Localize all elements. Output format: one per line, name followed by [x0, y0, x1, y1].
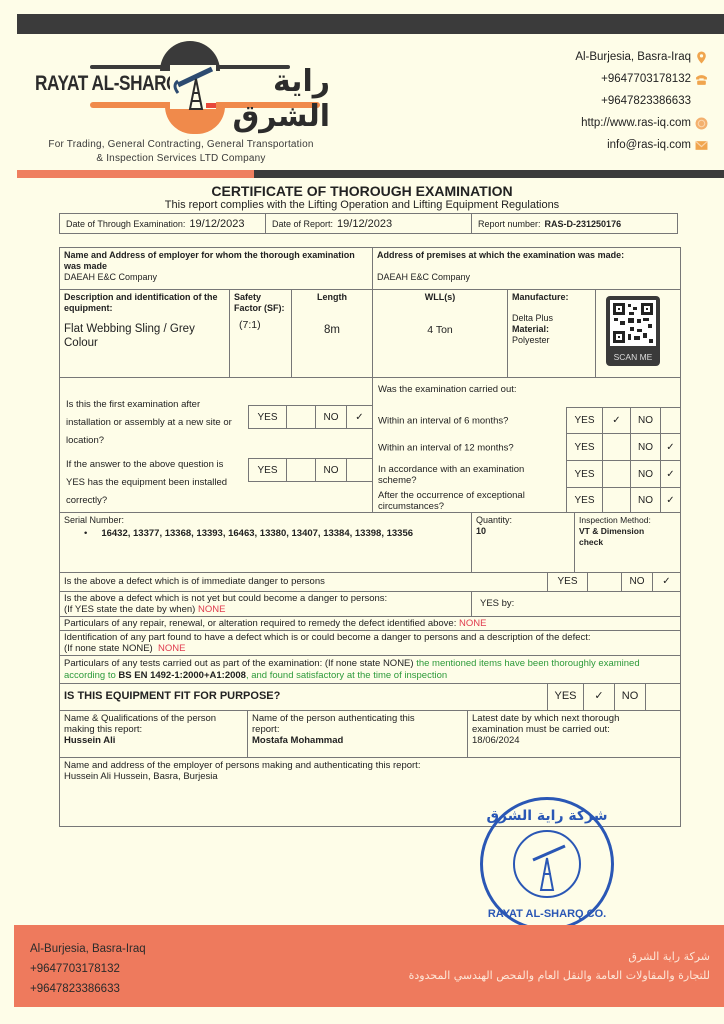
separator-dark — [254, 170, 724, 178]
company-name-en: RAYAT AL-SHARQ — [35, 72, 179, 96]
no-label: NO — [622, 572, 653, 591]
next-exam-value: 18/06/2024 — [472, 735, 676, 746]
qr-code-icon — [610, 300, 656, 346]
report-date-value: 19/12/2023 — [337, 218, 392, 230]
yes-label: YES — [548, 683, 584, 710]
phone-2-text: +9647823386633 — [601, 92, 691, 110]
tagline-line-1: For Trading, General Contracting, Genera… — [36, 138, 326, 152]
company-tagline: For Trading, General Contracting, Genera… — [36, 138, 326, 166]
no-checkbox[interactable]: ✓ — [661, 461, 680, 487]
future-danger-cell: Is the above a defect which is not yet b… — [60, 592, 472, 617]
inspection-method-value: VT & Dimension check — [579, 526, 659, 548]
yes-checkbox[interactable] — [588, 572, 622, 591]
interval-question-row: Within an interval of 12 months?YESNO✓ — [373, 434, 680, 461]
interval-yes-no: YESNO✓ — [566, 461, 680, 488]
tests-row: Particulars of any tests carried out as … — [60, 656, 680, 684]
yes-by-cell: YES by: — [472, 592, 680, 617]
interval-question-text: In accordance with an examination scheme… — [378, 464, 563, 486]
premises-label: Address of premises at which the examina… — [377, 250, 676, 261]
identification-value: NONE — [158, 643, 185, 654]
tests-standard: BS EN 1492-1:2000+A1:2008 — [118, 670, 246, 681]
website-link[interactable]: http://www.ras-iq.com — [581, 114, 691, 132]
certificate-title: CERTIFICATE OF THOROUGH EXAMINATION — [0, 183, 724, 199]
fit-for-purpose-row: IS THIS EQUIPMENT FIT FOR PURPOSE? YES ✓… — [60, 684, 680, 711]
email-link[interactable]: info@ras-iq.com — [607, 136, 691, 154]
question-installed-correctly: If the answer to the above question is Y… — [66, 456, 241, 510]
yes-checkbox[interactable] — [603, 434, 631, 460]
no-label: NO — [631, 408, 661, 433]
examination-table: Name and Address of employer for whom th… — [59, 247, 681, 827]
yes-label: YES — [567, 461, 603, 487]
tests-label: Particulars of any tests carried out as … — [64, 658, 414, 669]
yes-label: YES — [567, 488, 603, 512]
company-logo: RAYAT AL-SHARQ راية الشرق — [30, 38, 330, 138]
employer-label: Name and Address of employer for whom th… — [64, 250, 368, 272]
safety-factor-label: Safety Factor (SF): — [234, 292, 287, 314]
contact-email[interactable]: info@ras-iq.com — [575, 134, 708, 156]
no-checkbox[interactable] — [661, 408, 680, 433]
no-checkbox[interactable]: ✓ — [661, 488, 680, 512]
no-checkbox[interactable]: ✓ — [347, 406, 372, 428]
quantity-label: Quantity: — [476, 515, 570, 526]
interval-question-row: Within an interval of 6 months?YES✓NO — [373, 407, 680, 434]
report-maker-label: Name & Qualifications of the person maki… — [64, 713, 243, 735]
yes-label: YES — [567, 434, 603, 460]
questions-right-header: Was the examination carried out: — [378, 384, 517, 395]
persons-employer-label: Name and address of the employer of pers… — [64, 760, 676, 771]
question-first-exam: Is this the first examination after inst… — [66, 396, 241, 450]
serial-label: Serial Number: — [64, 515, 467, 526]
yes-checkbox[interactable] — [287, 406, 316, 428]
footer-address: Al-Burjesia, Basra-Iraq — [30, 939, 146, 959]
yes-label: YES — [567, 408, 603, 433]
footer-company-desc-ar: للتجارة والمقاولات العامة والنقل العام و… — [409, 966, 710, 985]
telephone-icon — [695, 73, 708, 86]
next-exam-label: Latest date by which next thorough exami… — [472, 713, 652, 735]
envelope-icon — [695, 139, 708, 152]
repair-value: NONE — [459, 618, 486, 629]
interval-question-row: After the occurrence of exceptional circ… — [373, 488, 680, 513]
identification-sub: (If none state NONE) — [64, 643, 153, 654]
inspection-method-cell: Inspection Method: VT & Dimension check — [575, 513, 680, 573]
interval-question-text: Within an interval of 12 months? — [378, 442, 563, 453]
employer-value: DAEAH E&C Company — [64, 272, 368, 283]
fit-for-purpose-label: IS THIS EQUIPMENT FIT FOR PURPOSE? — [64, 690, 280, 702]
address-text: Al-Burjesia, Basra-Iraq — [575, 48, 691, 66]
description-value: Flat Webbing Sling / Grey Colour — [64, 322, 225, 350]
future-danger-value: NONE — [198, 604, 225, 615]
description-label: Description and identification of the eq… — [64, 292, 225, 314]
report-date-label: Date of Report: — [272, 219, 333, 229]
contact-address: Al-Burjesia, Basra-Iraq — [575, 46, 708, 68]
no-label: NO — [316, 459, 347, 481]
authenticator-cell: Name of the person authenticating this r… — [248, 711, 468, 758]
report-number-label: Report number: — [478, 219, 541, 229]
future-danger-label: Is the above a defect which is not yet b… — [64, 593, 467, 604]
report-number-value: RAS-D-231250176 — [545, 219, 622, 229]
no-label: NO — [631, 488, 661, 512]
yes-checkbox[interactable] — [603, 488, 631, 512]
qr-cell: SCAN ME — [596, 290, 680, 378]
manufacture-label: Manufacture: — [512, 292, 591, 303]
interval-yes-no: YESNO✓ — [566, 434, 680, 461]
no-checkbox[interactable]: ✓ — [661, 434, 680, 460]
footer-bar: Al-Burjesia, Basra-Iraq +9647703178132 +… — [14, 925, 724, 1007]
yes-checkbox[interactable] — [603, 461, 631, 487]
globe-icon — [695, 117, 708, 130]
interval-question-text: After the occurrence of exceptional circ… — [378, 490, 563, 512]
no-checkbox[interactable] — [646, 683, 680, 710]
fit-for-purpose-yes-no: YES ✓ NO — [547, 683, 681, 710]
stamp-gear-icon — [513, 830, 581, 898]
no-label: NO — [631, 461, 661, 487]
repair-label: Particulars of any repair, renewal, or a… — [64, 618, 456, 629]
serial-list: • 16432, 13377, 13368, 13393, 16463, 133… — [64, 528, 467, 539]
header-top-bar — [17, 14, 724, 34]
immediate-danger-label: Is the above a defect which is of immedi… — [64, 576, 325, 587]
yes-checkbox[interactable]: ✓ — [584, 683, 615, 710]
footer-arabic: شركة راية الشرق للتجارة والمقاولات العام… — [409, 947, 710, 985]
persons-employer-value: Hussein Ali Hussein, Basra, Burjesia — [64, 771, 676, 782]
no-label: NO — [615, 683, 646, 710]
wll-label: WLL(s) — [377, 292, 503, 303]
authenticator-value: Mostafa Mohammad — [252, 735, 463, 746]
report-date-cell: Date of Report: 19/12/2023 — [266, 214, 472, 233]
premises-value: DAEAH E&C Company — [377, 272, 676, 283]
immediate-danger-yes-no: YES NO ✓ — [547, 572, 681, 591]
manufacture-cell: Manufacture: Delta Plus Material: Polyes… — [508, 290, 596, 378]
contact-phone-2: +9647823386633 — [575, 90, 708, 112]
interval-question-row: In accordance with an examination scheme… — [373, 461, 680, 488]
questions-left-cell: Is this the first examination after inst… — [60, 378, 373, 513]
company-name-ar: راية الشرق — [218, 64, 330, 134]
report-number-cell: Report number: RAS-D-231250176 — [472, 214, 677, 233]
safety-factor-cell: Safety Factor (SF): (7:1) — [230, 290, 292, 378]
yes-label: YES — [548, 572, 588, 591]
installed-correctly-yes-no: YES NO — [248, 458, 373, 482]
scan-me-label: SCAN ME — [606, 352, 660, 363]
future-danger-sub: (If YES state the date by when) — [64, 604, 195, 615]
immediate-danger-row: Is the above a defect which is of immedi… — [60, 573, 680, 592]
wll-cell: WLL(s) 4 Ton — [373, 290, 508, 378]
interval-yes-no: YES✓NO — [566, 407, 680, 434]
serial-cell: Serial Number: • 16432, 13377, 13368, 13… — [60, 513, 472, 573]
footer-company-name-ar: شركة راية الشرق — [409, 947, 710, 966]
serial-value: 16432, 13377, 13368, 13393, 16463, 13380… — [101, 528, 413, 539]
material-label: Material: — [512, 324, 591, 335]
description-cell: Description and identification of the eq… — [60, 290, 230, 378]
phone-1-text: +9647703178132 — [601, 70, 691, 88]
separator-orange — [17, 170, 254, 178]
interval-yes-no: YESNO✓ — [566, 488, 680, 513]
length-label: Length — [296, 292, 368, 303]
bullet-icon: • — [84, 528, 87, 539]
report-maker-cell: Name & Qualifications of the person maki… — [60, 711, 248, 758]
quantity-cell: Quantity: 10 — [472, 513, 575, 573]
location-pin-icon — [695, 51, 708, 64]
exam-date-label: Date of Through Examination: — [66, 219, 185, 229]
no-checkbox[interactable] — [347, 459, 372, 481]
wll-value: 4 Ton — [377, 325, 503, 336]
footer-phone-2: +9647823386633 — [30, 979, 146, 999]
premises-cell: Address of premises at which the examina… — [373, 248, 680, 290]
employer-cell: Name and Address of employer for whom th… — [60, 248, 373, 290]
yes-label: YES — [249, 406, 287, 428]
yes-checkbox[interactable] — [287, 459, 316, 481]
no-checkbox[interactable]: ✓ — [653, 572, 680, 591]
material-value: Polyester — [512, 335, 591, 346]
inspection-method-label: Inspection Method: — [579, 515, 676, 526]
contact-website[interactable]: http://www.ras-iq.com — [575, 112, 708, 134]
yes-by-label: YES by: — [480, 598, 514, 609]
manufacture-value: Delta Plus — [512, 313, 591, 324]
yes-checkbox[interactable]: ✓ — [603, 408, 631, 433]
yes-label: YES — [249, 459, 287, 481]
contact-info: Al-Burjesia, Basra-Iraq +9647703178132 +… — [575, 46, 708, 156]
tests-value-end: , and found satisfactory at the time of … — [246, 670, 447, 681]
authenticator-label: Name of the person authenticating this r… — [252, 713, 442, 735]
tagline-line-2: & Inspection Services LTD Company — [36, 152, 326, 166]
oil-pump-icon — [168, 63, 218, 111]
stamp-oil-pump-icon — [515, 832, 579, 896]
stamp-text-en: RAYAT AL-SHARQ CO. — [483, 908, 611, 920]
no-label: NO — [316, 406, 347, 428]
qr-code[interactable]: SCAN ME — [606, 296, 660, 366]
next-exam-cell: Latest date by which next thorough exami… — [468, 711, 680, 758]
dates-row: Date of Through Examination: 19/12/2023 … — [59, 213, 678, 234]
length-cell: Length 8m — [292, 290, 373, 378]
certificate-subtitle: This report complies with the Lifting Op… — [0, 199, 724, 211]
safety-factor-value: (7:1) — [234, 320, 287, 331]
length-value: 8m — [296, 325, 368, 336]
company-stamp: شركة راية الشرق RAYAT AL-SHARQ CO. — [480, 797, 614, 931]
repair-row: Particulars of any repair, renewal, or a… — [60, 617, 680, 631]
identification-row: Identification of any part found to have… — [60, 631, 680, 656]
report-maker-value: Hussein Ali — [64, 735, 243, 746]
exam-date-value: 19/12/2023 — [189, 218, 244, 230]
interval-question-text: Within an interval of 6 months? — [378, 415, 563, 426]
questions-right-cell: Was the examination carried out: Within … — [373, 378, 680, 513]
first-exam-yes-no: YES NO ✓ — [248, 405, 373, 429]
no-label: NO — [631, 434, 661, 460]
identification-label: Identification of any part found to have… — [64, 632, 676, 643]
footer-phone-1: +9647703178132 — [30, 959, 146, 979]
exam-date-cell: Date of Through Examination: 19/12/2023 — [60, 214, 266, 233]
footer-contact: Al-Burjesia, Basra-Iraq +9647703178132 +… — [30, 939, 146, 999]
stamp-text-ar: شركة راية الشرق — [483, 808, 611, 824]
contact-phone-1: +9647703178132 — [575, 68, 708, 90]
quantity-value: 10 — [476, 526, 570, 537]
